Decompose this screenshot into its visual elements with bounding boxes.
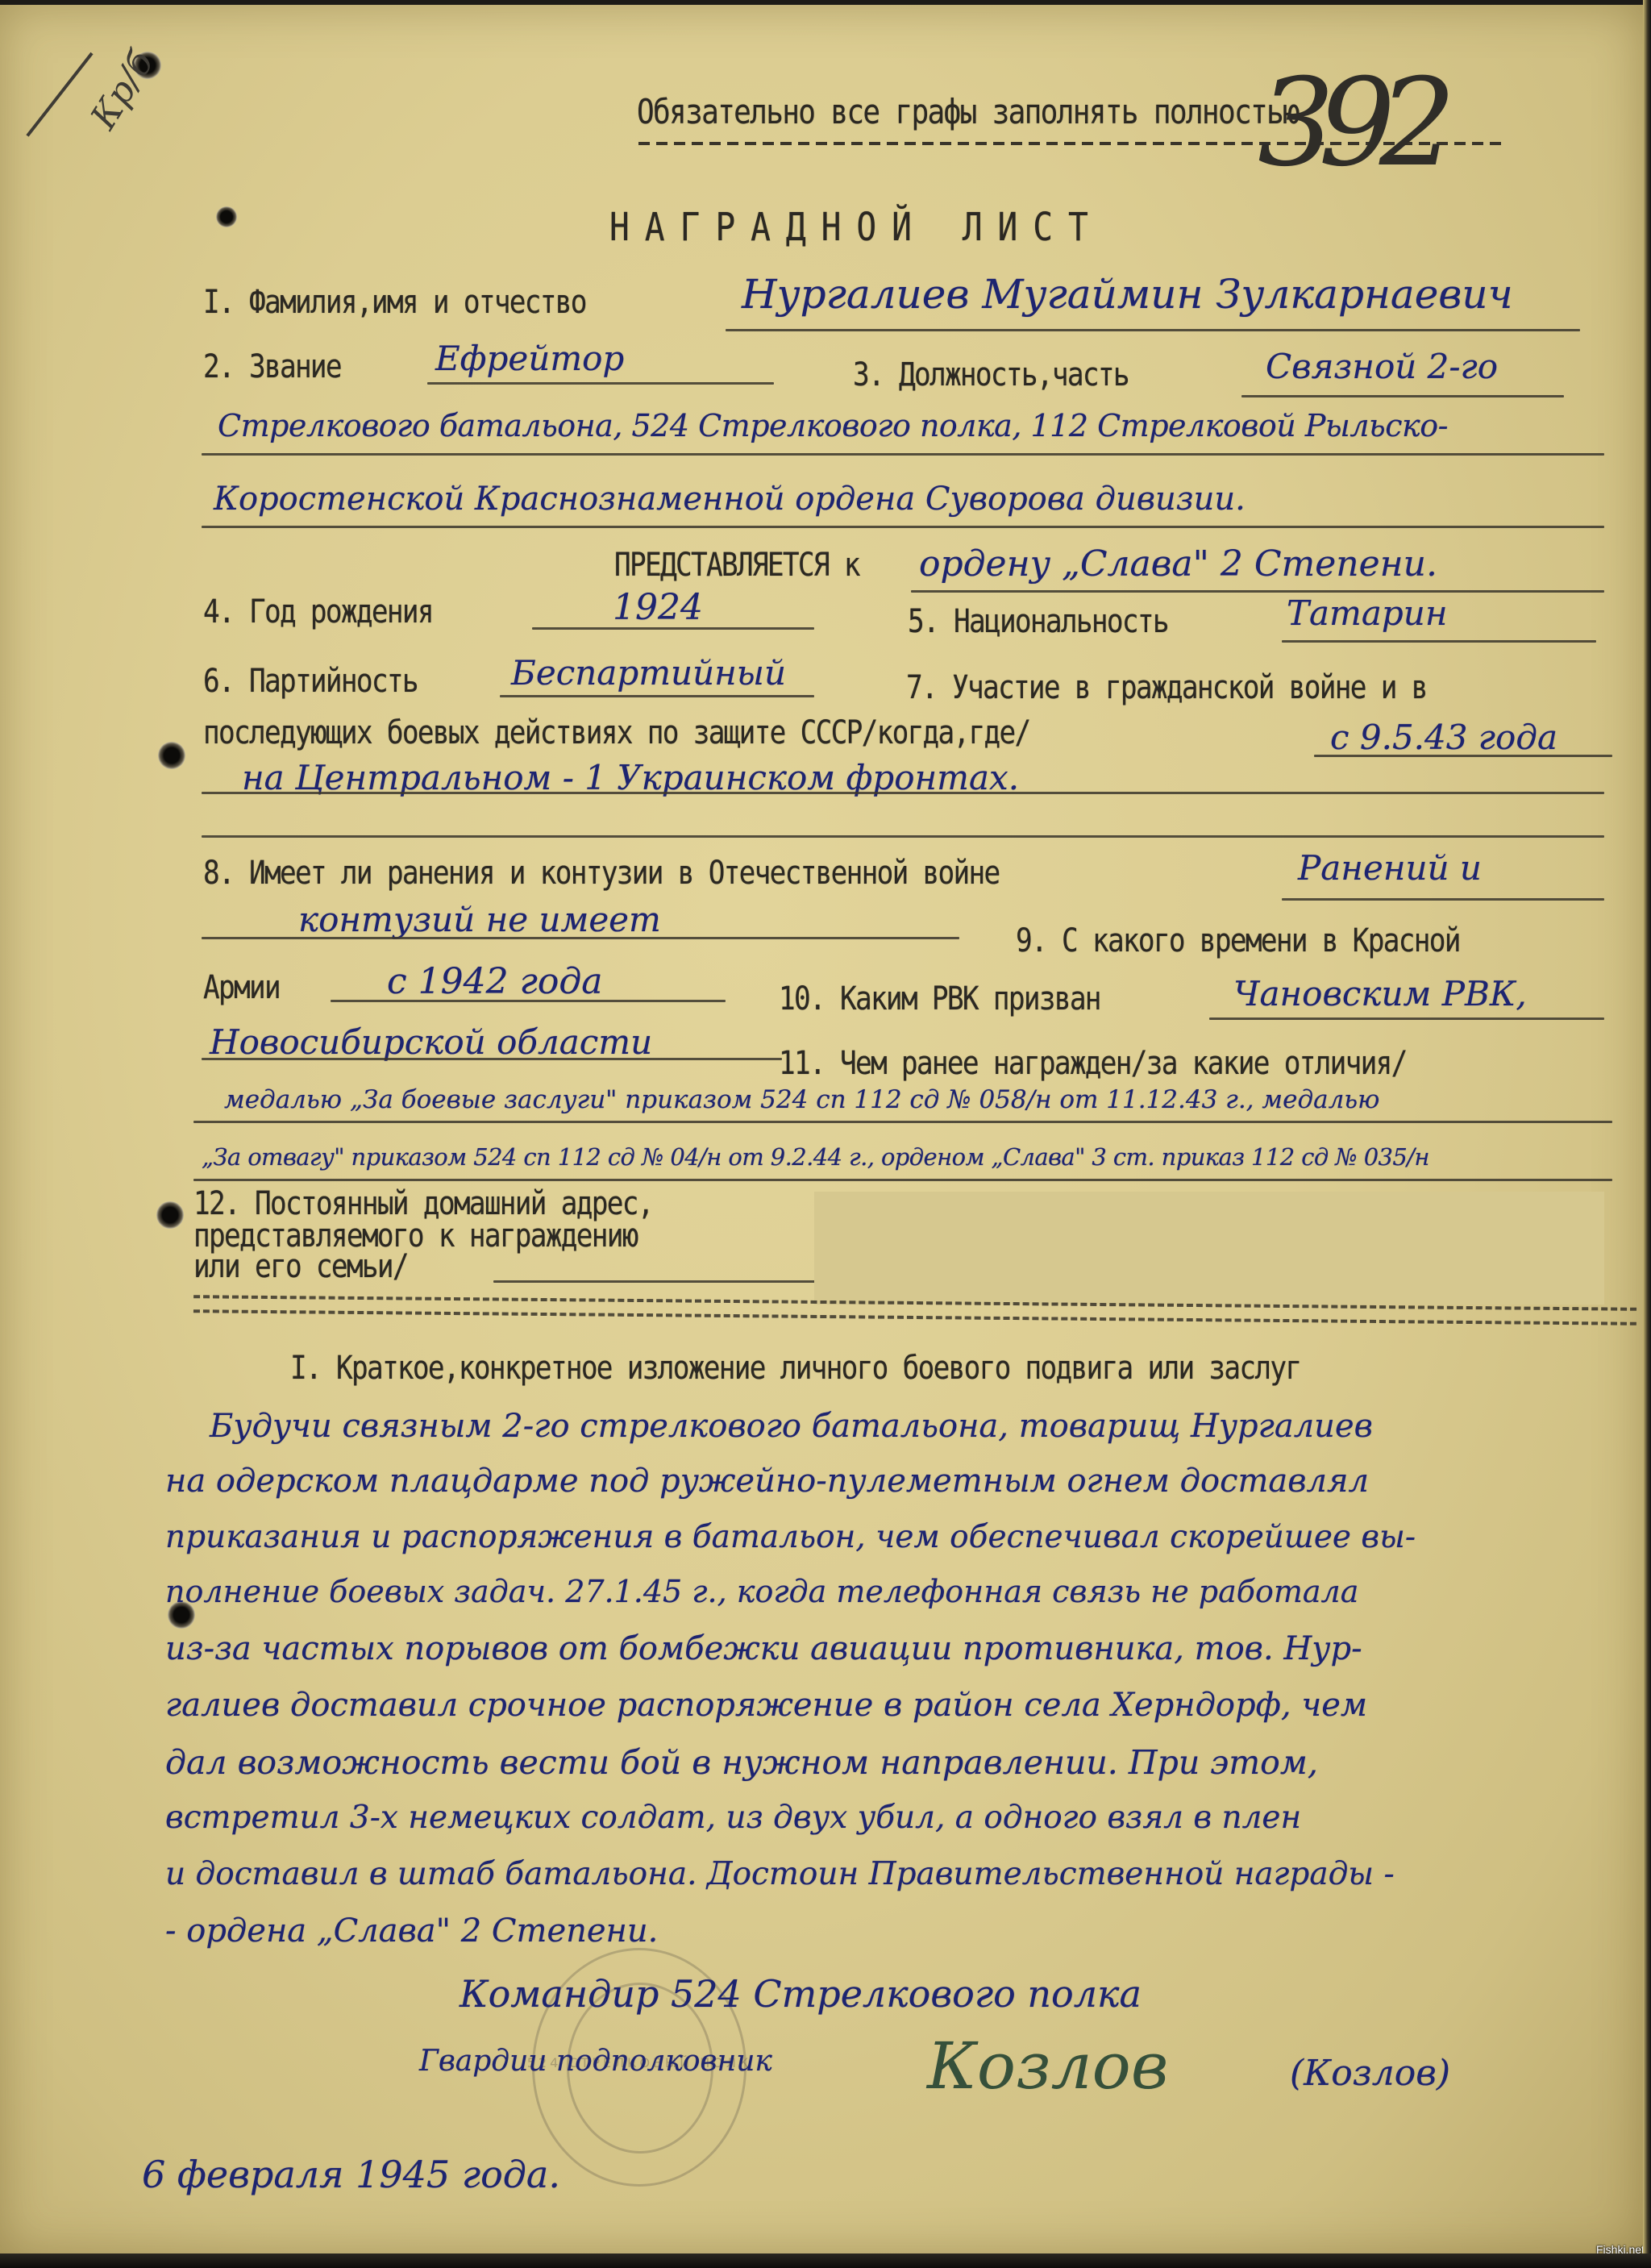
underline — [202, 1058, 782, 1060]
narrative-line: дал возможность вести бой в нужном напра… — [165, 1743, 1318, 1782]
value-wounds-1: Ранений и — [1298, 848, 1482, 888]
label-party: 6. Партийность — [203, 663, 418, 700]
commander-name: (Козлов) — [1290, 2053, 1450, 2094]
section-heading: I. Краткое,конкретное изложение личного … — [290, 1350, 1300, 1387]
punch-hole — [216, 206, 237, 227]
value-position-3: Коростенской Краснознаменной ордена Суво… — [214, 481, 1246, 518]
label-address-3: или его семьи/ — [193, 1248, 408, 1285]
label-participation-2: последующих боевых действиях по защите С… — [203, 714, 1029, 751]
label-rvk: 10. Каким РВК призван — [779, 980, 1100, 1017]
value-previous-awards-2: „За отвагу" приказом 524 сп 112 сд № 04/… — [202, 1143, 1429, 1171]
underline — [1241, 395, 1564, 397]
label-previous-awards: 11. Чем ранее награжден/за какие отличия… — [779, 1045, 1407, 1082]
commander-signature: Козлов — [927, 2029, 1168, 2104]
underline — [1282, 898, 1604, 901]
narrative-line: полнение боевых задач. 27.1.45 г., когда… — [165, 1574, 1358, 1609]
underline — [202, 937, 959, 939]
commander-rank: Гвардии подполковник — [419, 2045, 772, 2078]
underline — [427, 382, 774, 385]
narrative-line: из-за частых порывов от бомбежки авиации… — [165, 1630, 1362, 1667]
label-position: 3. Должность,часть — [853, 356, 1129, 393]
underline — [1282, 640, 1596, 643]
label-wounds: 8. Имеет ли ранения и контузии в Отечест… — [203, 855, 1000, 892]
label-rank: 2. Звание — [203, 348, 341, 385]
pencil-stroke — [26, 52, 93, 137]
label-birth-year: 4. Год рождения — [203, 593, 433, 630]
underline — [493, 1280, 816, 1283]
label-nationality: 5. Национальность — [908, 603, 1168, 640]
narrative-line: - ордена „Слава" 2 Степени. — [165, 1912, 658, 1950]
narrative-line: галиев доставил срочное распоряжение в р… — [165, 1687, 1367, 1724]
underline — [193, 1121, 1612, 1123]
underline — [726, 329, 1580, 331]
value-army-since: с 1942 года — [387, 961, 602, 1002]
narrative-line: Будучи связным 2-го стрелкового батальон… — [210, 1408, 1373, 1445]
signature-date: 6 февраля 1945 года. — [142, 2153, 560, 2196]
value-nomination: ордену „Слава" 2 Степени. — [919, 543, 1437, 585]
underline — [911, 590, 1604, 593]
label-army-since-2: Армии — [203, 969, 280, 1006]
narrative-line: приказания и распоряжения в батальон, че… — [165, 1519, 1416, 1555]
narrative-line: на одерском плацдарме под ружейно-пулеме… — [165, 1463, 1369, 1500]
underline — [331, 1000, 726, 1002]
punch-hole — [156, 1201, 184, 1229]
underline — [202, 526, 1604, 528]
value-previous-awards-1: медалью „За боевые заслуги" приказом 524… — [224, 1085, 1379, 1114]
label-army-since-1: 9. С какого времени в Красной — [1016, 922, 1460, 959]
value-wounds-2: контузий не имеет — [298, 900, 661, 939]
page-edge-bottom — [0, 2253, 1651, 2268]
page-title: НАГРАДНОЙ ЛИСТ — [609, 205, 1104, 250]
redacted-address — [814, 1192, 1604, 1305]
value-participation-1: с 9.5.43 года — [1330, 718, 1557, 757]
underline — [202, 835, 1604, 838]
underline — [193, 1179, 1612, 1181]
value-fio: Нургалиев Мугаймин Зулкарнаевич — [742, 271, 1513, 318]
value-position-1: Связной 2-го — [1266, 347, 1498, 386]
underline — [500, 695, 814, 697]
value-position-2: Стрелкового батальона, 524 Стрелкового п… — [218, 408, 1448, 443]
number-scrawl: 392 — [1258, 53, 1440, 194]
narrative-line: встретил 3-х немецких солдат, из двух уб… — [165, 1800, 1301, 1836]
value-rvk-2: Новосибирской области — [210, 1022, 652, 1062]
pencil-note: Кр/б — [83, 44, 162, 136]
underline — [1314, 755, 1612, 757]
underline — [1209, 1017, 1604, 1020]
value-party: Беспартийный — [511, 653, 786, 693]
underline — [532, 627, 814, 630]
value-birth-year: 1924 — [613, 587, 703, 628]
label-participation-1: 7. Участие в гражданской войне и в — [906, 669, 1427, 706]
label-fio: I. Фамилия,имя и отчество — [203, 284, 586, 321]
underline — [202, 792, 1604, 794]
value-rank: Ефрейтор — [435, 339, 624, 378]
narrative-line: и доставил в штаб батальона. Достоин Пра… — [165, 1856, 1395, 1892]
value-nationality: Татарин — [1287, 593, 1448, 633]
label-nomination: ПРЕДСТАВЛЯЕТСЯ к — [614, 547, 859, 584]
award-sheet: Кр/б Обязательно все графы заполнять пол… — [0, 5, 1645, 2254]
commander-title: Командир 524 Стрелкового полка — [460, 1972, 1142, 2016]
underline — [202, 453, 1604, 456]
value-rvk-1: Чановским РВК, — [1233, 974, 1527, 1013]
top-instruction: Обязательно все графы заполнять полность… — [637, 92, 1299, 131]
punch-hole — [158, 742, 185, 769]
page-edge-right — [1643, 0, 1651, 2268]
